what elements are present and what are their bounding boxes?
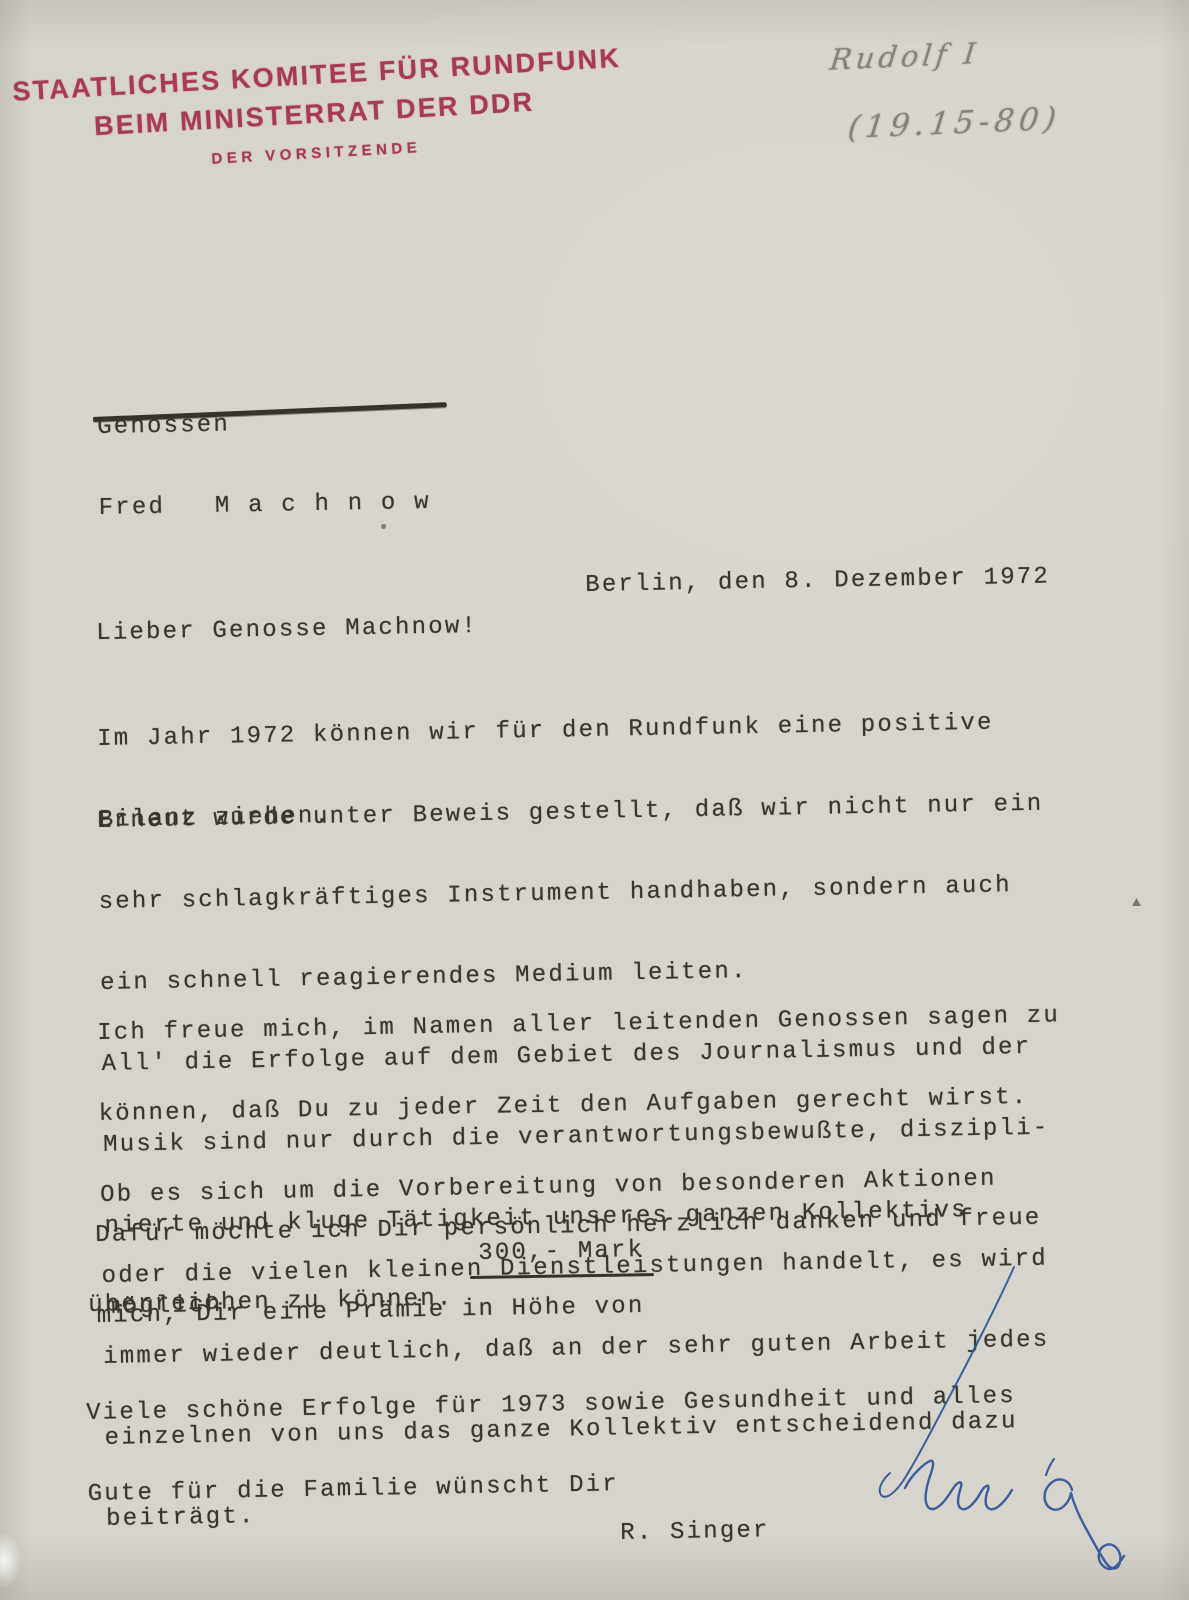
signature-diagonal-stroke: [880, 1267, 1014, 1497]
handwritten-signature: [0, 0, 1189, 1600]
paper-speck: [381, 524, 386, 529]
signature-scrawl-stroke: [905, 1461, 1012, 1510]
signature-i-tick: [1046, 1459, 1054, 1475]
signature-loop-stroke: [1045, 1479, 1124, 1569]
letter-page: STAATLICHES KOMITEE FÜR RUNDFUNK BEIM MI…: [0, 0, 1189, 1600]
